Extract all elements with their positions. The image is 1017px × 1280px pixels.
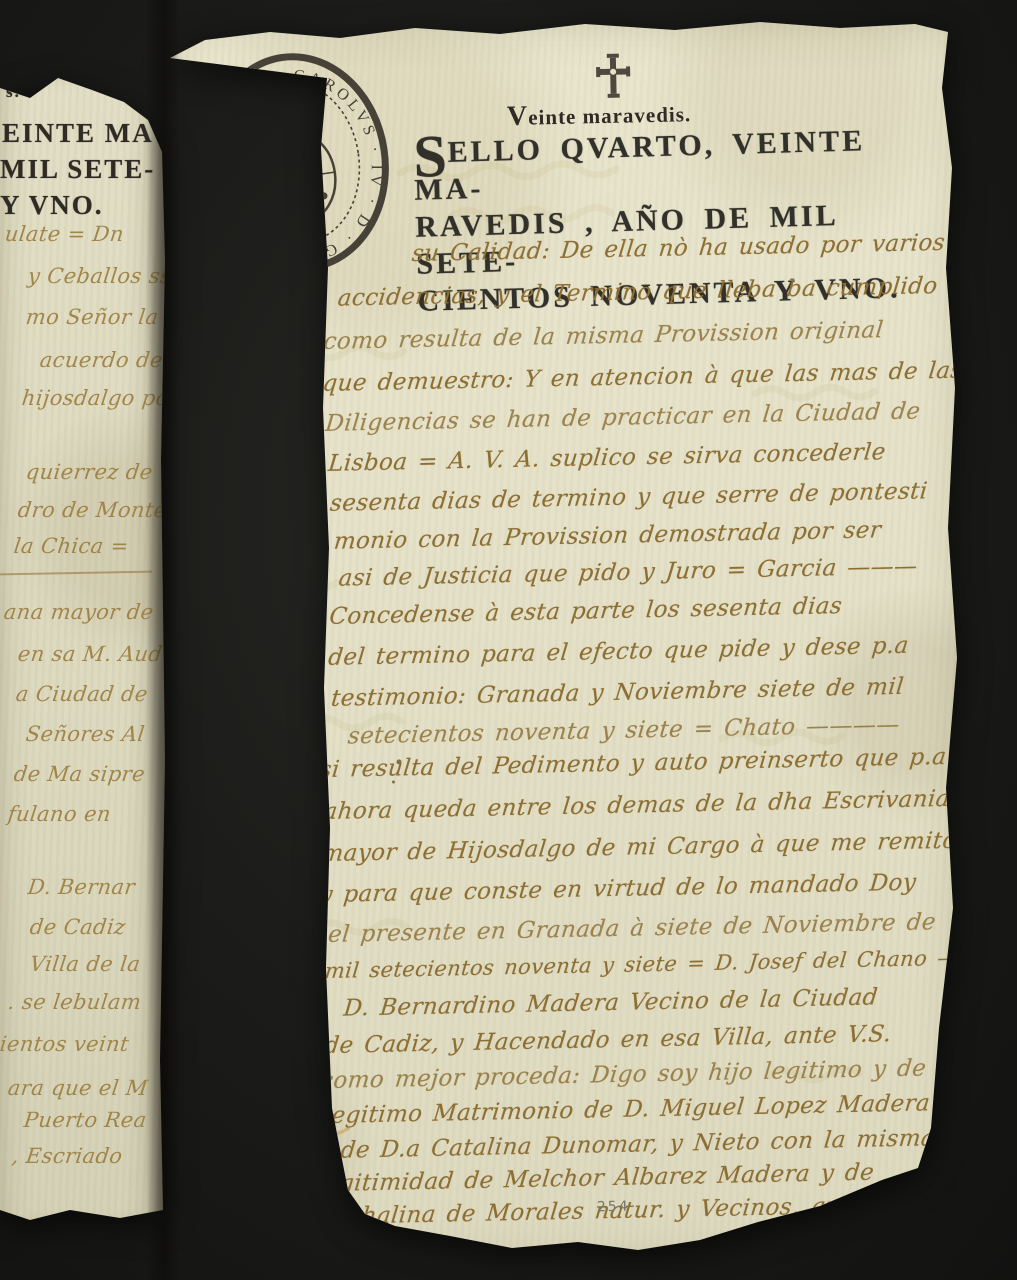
left-print-fragment: Y VNO. — [0, 190, 104, 221]
left-page: s. EINTE MA MIL SETE- Y VNO. ulate = Dn … — [0, 60, 170, 1240]
left-print-fragment: s. — [6, 82, 21, 102]
left-page-paper: s. EINTE MA MIL SETE- Y VNO. ulate = Dn … — [0, 60, 170, 1240]
seal-legend-text: CAROLVS · IV · D · G · HISPANIAR · REX — [197, 56, 398, 276]
left-hand-line: , Escriado — [11, 1144, 125, 1168]
margin-note-auto: Auto — [228, 594, 284, 620]
left-hand-line: D. Bernar — [27, 875, 137, 899]
main-page-content: CAROLVS · IV · D · G · HISPANIAR · REX — [147, 10, 978, 1277]
main-page: CAROLVS · IV · D · G · HISPANIAR · REX — [160, 18, 965, 1268]
left-hand-line: a Ciudad de — [15, 682, 150, 706]
left-hand-line: de Ma sipre — [13, 762, 147, 786]
left-print-fragment: MIL SETE- — [0, 154, 155, 185]
left-hand-line: ana mayor de — [3, 600, 156, 624]
left-hand-line: acuerdo de — [39, 348, 165, 372]
left-hand-line: quierrez de — [25, 460, 155, 484]
left-hand-line: . se lebulam — [7, 990, 143, 1014]
left-hand-line: la Chica = — [13, 534, 131, 558]
page-number: 254 — [597, 1199, 630, 1216]
left-hand-line: de Cadiz — [29, 915, 128, 939]
left-hand-line: y Ceballos ss — [27, 264, 173, 288]
left-hand-line: ara que el M — [7, 1076, 150, 1100]
margin-note-pedimento: Pedim.to — [182, 978, 286, 1005]
left-hand-line: dro de Monte — [17, 498, 169, 522]
svg-text:CAROLVS · IV · D · G · HISPANI: CAROLVS · IV · D · G · HISPANIAR · REX — [197, 56, 398, 276]
left-hand-line: Puerto Rea — [23, 1108, 149, 1132]
left-hand-line: hijosdalgo por — [21, 386, 181, 410]
left-print-fragment: EINTE MA — [2, 118, 154, 149]
cross-icon — [596, 53, 631, 100]
left-hand-line: Señores Al — [25, 722, 147, 746]
left-hand-line: mo Señor la — [25, 305, 161, 329]
left-divider-rule — [0, 571, 152, 576]
left-hand-line: Villa de la — [29, 952, 142, 976]
left-hand-line: fulano en — [7, 802, 113, 826]
title-line-text: ELLO QVARTO, VEINTE MA- — [414, 124, 866, 207]
royal-seal-stamp: CAROLVS · IV · D · G · HISPANIAR · REX — [188, 45, 408, 279]
archive-photo: s. EINTE MA MIL SETE- Y VNO. ulate = Dn … — [0, 0, 1017, 1280]
main-page-paper: CAROLVS · IV · D · G · HISPANIAR · REX — [160, 18, 965, 1268]
left-hand-line: en sa M. Aud — [17, 642, 164, 666]
left-hand-line: ientos veint — [0, 1032, 130, 1056]
left-hand-line: ulate = Dn — [4, 222, 126, 246]
